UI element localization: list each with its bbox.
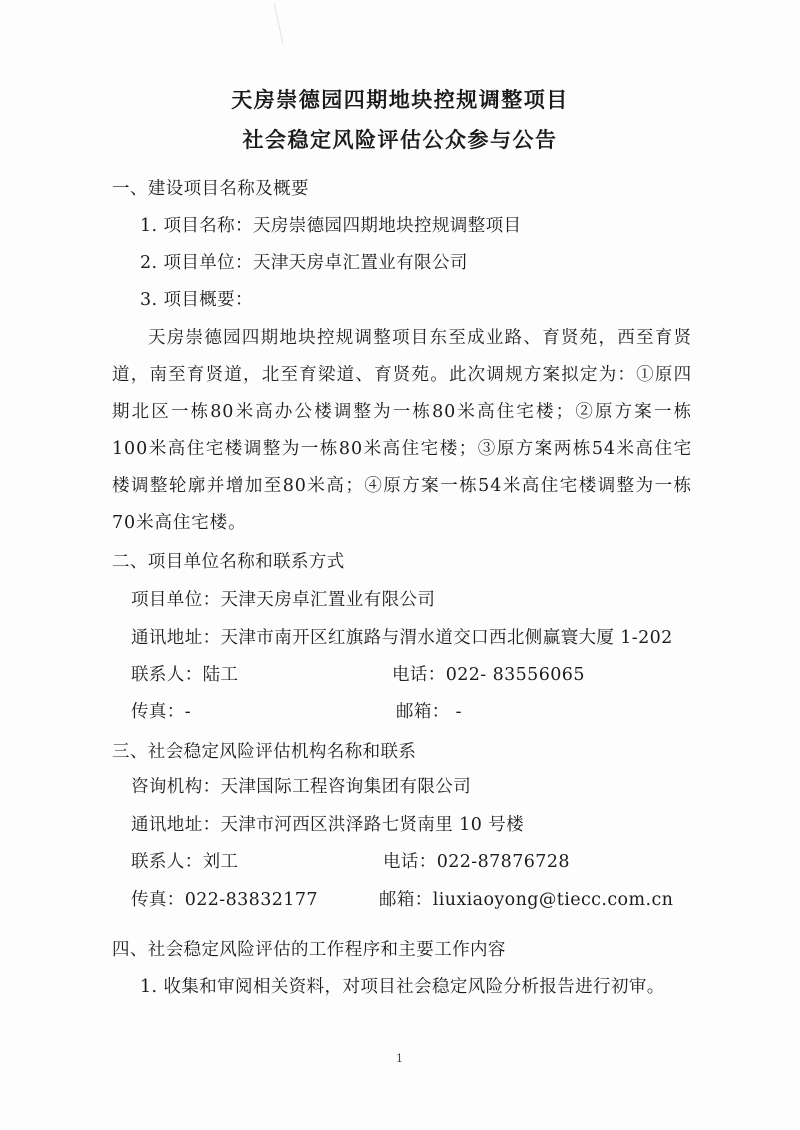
section3-heading: 三、社会稳定风险评估机构名称和联系 [112, 740, 416, 764]
section2-heading: 二、项目单位名称和联系方式 [112, 550, 345, 574]
section4-item1: 1. 收集和审阅相关资料，对项目社会稳定风险分析报告进行初审。 [140, 975, 665, 999]
section3-address: 通讯地址：天津市河西区洪泽路七贤南里 10 号楼 [131, 813, 524, 837]
section2-contact: 联系人：陆工 [131, 663, 238, 687]
section2-unit: 项目单位：天津天房卓汇置业有限公司 [131, 588, 435, 612]
section2-phone: 电话：022- 83556065 [392, 663, 585, 687]
document-page: 天房崇德园四期地块控规调整项目 社会稳定风险评估公众参与公告 一、建设项目名称及… [0, 0, 800, 1130]
section1-item-project-summary-label: 3. 项目概要： [140, 288, 253, 312]
section2-fax: 传真：- [131, 700, 191, 724]
section4-heading: 四、社会稳定风险评估的工作程序和主要工作内容 [112, 938, 506, 962]
section1-item-project-name: 1. 项目名称：天房崇德园四期地块控规调整项目 [140, 214, 521, 238]
section3-email: 邮箱：liuxiaoyong@tiecc.com.cn [379, 888, 673, 912]
page-number: 1 [396, 1052, 403, 1065]
document-title-line2: 社会稳定风险评估公众参与公告 [0, 126, 800, 154]
section3-contact: 联系人：刘工 [131, 850, 238, 874]
scan-artifact [274, 2, 286, 44]
section2-address: 通讯地址：天津市南开区红旗路与渭水道交口西北侧赢寰大厦 1-202 [131, 626, 673, 650]
document-title-line1: 天房崇德园四期地块控规调整项目 [0, 86, 800, 114]
section1-heading: 一、建设项目名称及概要 [112, 177, 309, 201]
section2-email: 邮箱： - [396, 700, 462, 724]
section3-fax: 传真：022-83832177 [131, 888, 318, 912]
section3-phone: 电话：022-87876728 [383, 850, 570, 874]
section1-item-project-unit: 2. 项目单位：天津天房卓汇置业有限公司 [140, 251, 468, 275]
section3-agency: 咨询机构：天津国际工程咨询集团有限公司 [131, 775, 471, 799]
section1-summary-paragraph: 天房崇德园四期地块控规调整项目东至成业路、育贤苑，西至育贤道，南至育贤道，北至育… [112, 320, 692, 542]
